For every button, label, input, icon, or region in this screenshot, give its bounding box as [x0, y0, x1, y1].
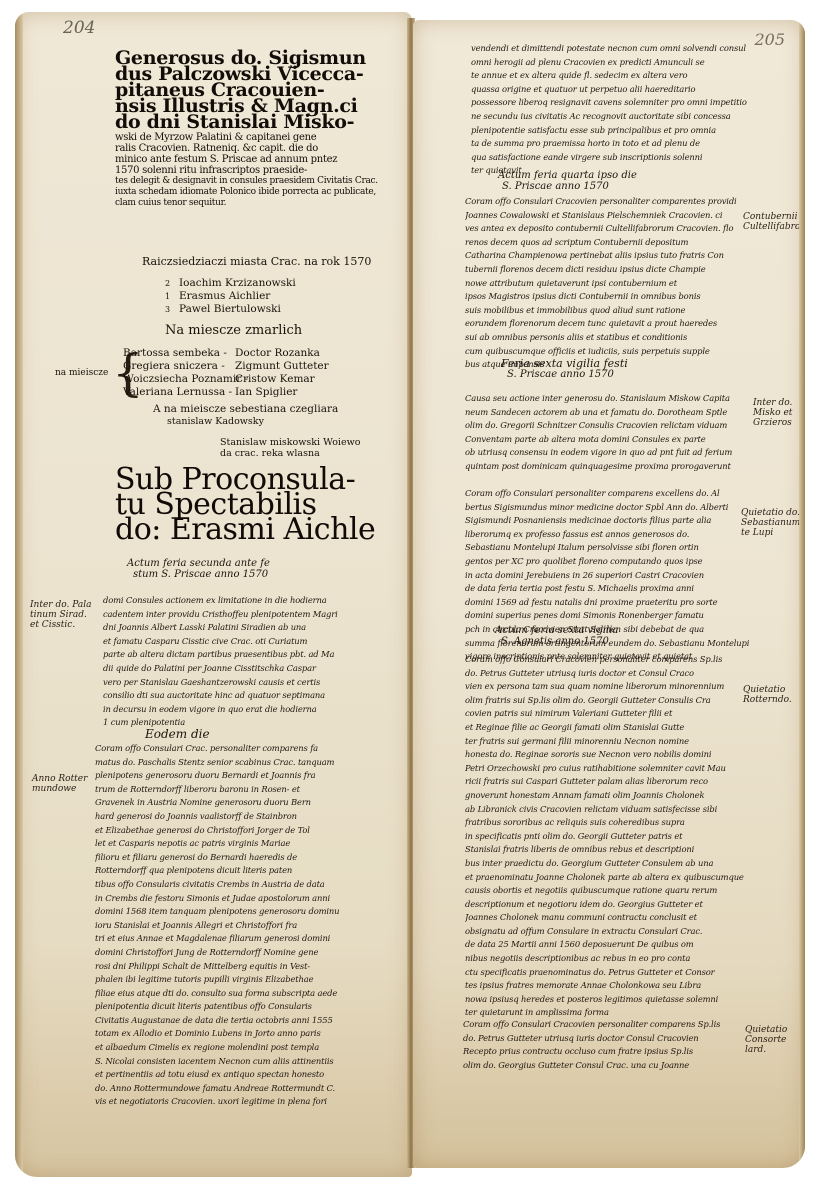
- extra-replacement-name: stanislaw Kadowsky: [167, 416, 264, 427]
- manuscript-spread: 204 Generosus do. Sigismun dus Palczowsk…: [0, 0, 821, 1188]
- margin-note: Inter do. Misko et Grzieros: [753, 398, 792, 428]
- entry-body: vendendi et dimittendi potestate necnon …: [471, 42, 761, 178]
- entry-body: Coram offo Consulari Cracovien personali…: [465, 653, 750, 1020]
- replacement-row: Bartossa sembeka -Doctor Rozanka: [123, 347, 227, 360]
- margin-note: Quietatio Consorte lard.: [745, 1025, 787, 1055]
- replacements-side-label: na mieiscze: [55, 367, 108, 380]
- margin-note: Inter do. Pala tinum Sirad. et Cisstic.: [30, 600, 91, 630]
- entry-heading: Actum feria sexta vigilia S. Agnetis ann…: [495, 625, 618, 647]
- entry-heading: Actum feria secunda ante fe stum S. Pris…: [127, 558, 270, 580]
- entry-heading: Feria sexta vigilia festi S. Priscae ann…: [501, 358, 628, 380]
- margin-note: Anno Rotter mundowe: [32, 774, 87, 794]
- entry-heading: Eodem die: [145, 729, 210, 740]
- councillors-heading: Raiczsiedziaczi miasta Crac. na rok 1570: [142, 255, 371, 268]
- margin-note: Quietatio do. Sebastianum Mon. te Lupi: [741, 508, 805, 538]
- margin-note: Quietatio Rotterndo.: [743, 685, 792, 705]
- voivode-signature: Stanislaw miskowski Woiewo da crac. reka…: [220, 437, 360, 459]
- councillors-list: 2Ioachim Krzizanowski 1Erasmus Aichlier …: [165, 277, 296, 316]
- entry-body: Coram offo Consulari Cracovien personali…: [463, 1018, 748, 1072]
- entry-body: Coram offo Consulari Cracovien personali…: [465, 195, 750, 372]
- proconsulate-section-title: Sub Proconsula- tu Spectabilis do: Erasm…: [115, 467, 395, 542]
- councillor-entry: 1Erasmus Aichlier: [165, 290, 296, 303]
- replacement-row: Woiczsiecha Poznamir -Cristow Kemar: [123, 373, 248, 386]
- replacement-row: Valeriana Lernussa -Ian Spiglier: [123, 386, 232, 399]
- decree-title-small: wski de Myrzow Palatini & capitanei gene…: [115, 132, 393, 209]
- deceased-heading: Na miescze zmarlich: [165, 323, 302, 338]
- folio-number-left: 204: [63, 18, 95, 38]
- decree-title-large: Generosus do. Sigismun dus Palczowski Vi…: [115, 50, 393, 130]
- entry-body: Coram offo Consulari Crac. personaliter …: [95, 742, 385, 1109]
- left-page: 204 Generosus do. Sigismun dus Palczowsk…: [15, 12, 412, 1177]
- replacement-row: Gregiera sniczera -Zigmunt Gutteter: [123, 360, 225, 373]
- councillor-entry: 2Ioachim Krzizanowski: [165, 277, 296, 290]
- entry-heading: Actum feria quarta ipso die S. Priscae a…: [498, 170, 637, 192]
- entry-body: domi Consules actionem ex limitatione in…: [103, 594, 385, 730]
- councillor-entry: 3Pawel Biertulowski: [165, 303, 296, 316]
- right-page: 205 vendendi et dimittendi potestate nec…: [413, 20, 805, 1168]
- margin-note: Contubernii Cultellifabrorum: [743, 212, 805, 232]
- entry-body: Causa seu actione inter generosu do. Sta…: [465, 392, 750, 474]
- decree-title-block: Generosus do. Sigismun dus Palczowski Vi…: [115, 50, 393, 209]
- extra-replacement-line: A na mieiscze sebestiana czegliara: [153, 403, 338, 415]
